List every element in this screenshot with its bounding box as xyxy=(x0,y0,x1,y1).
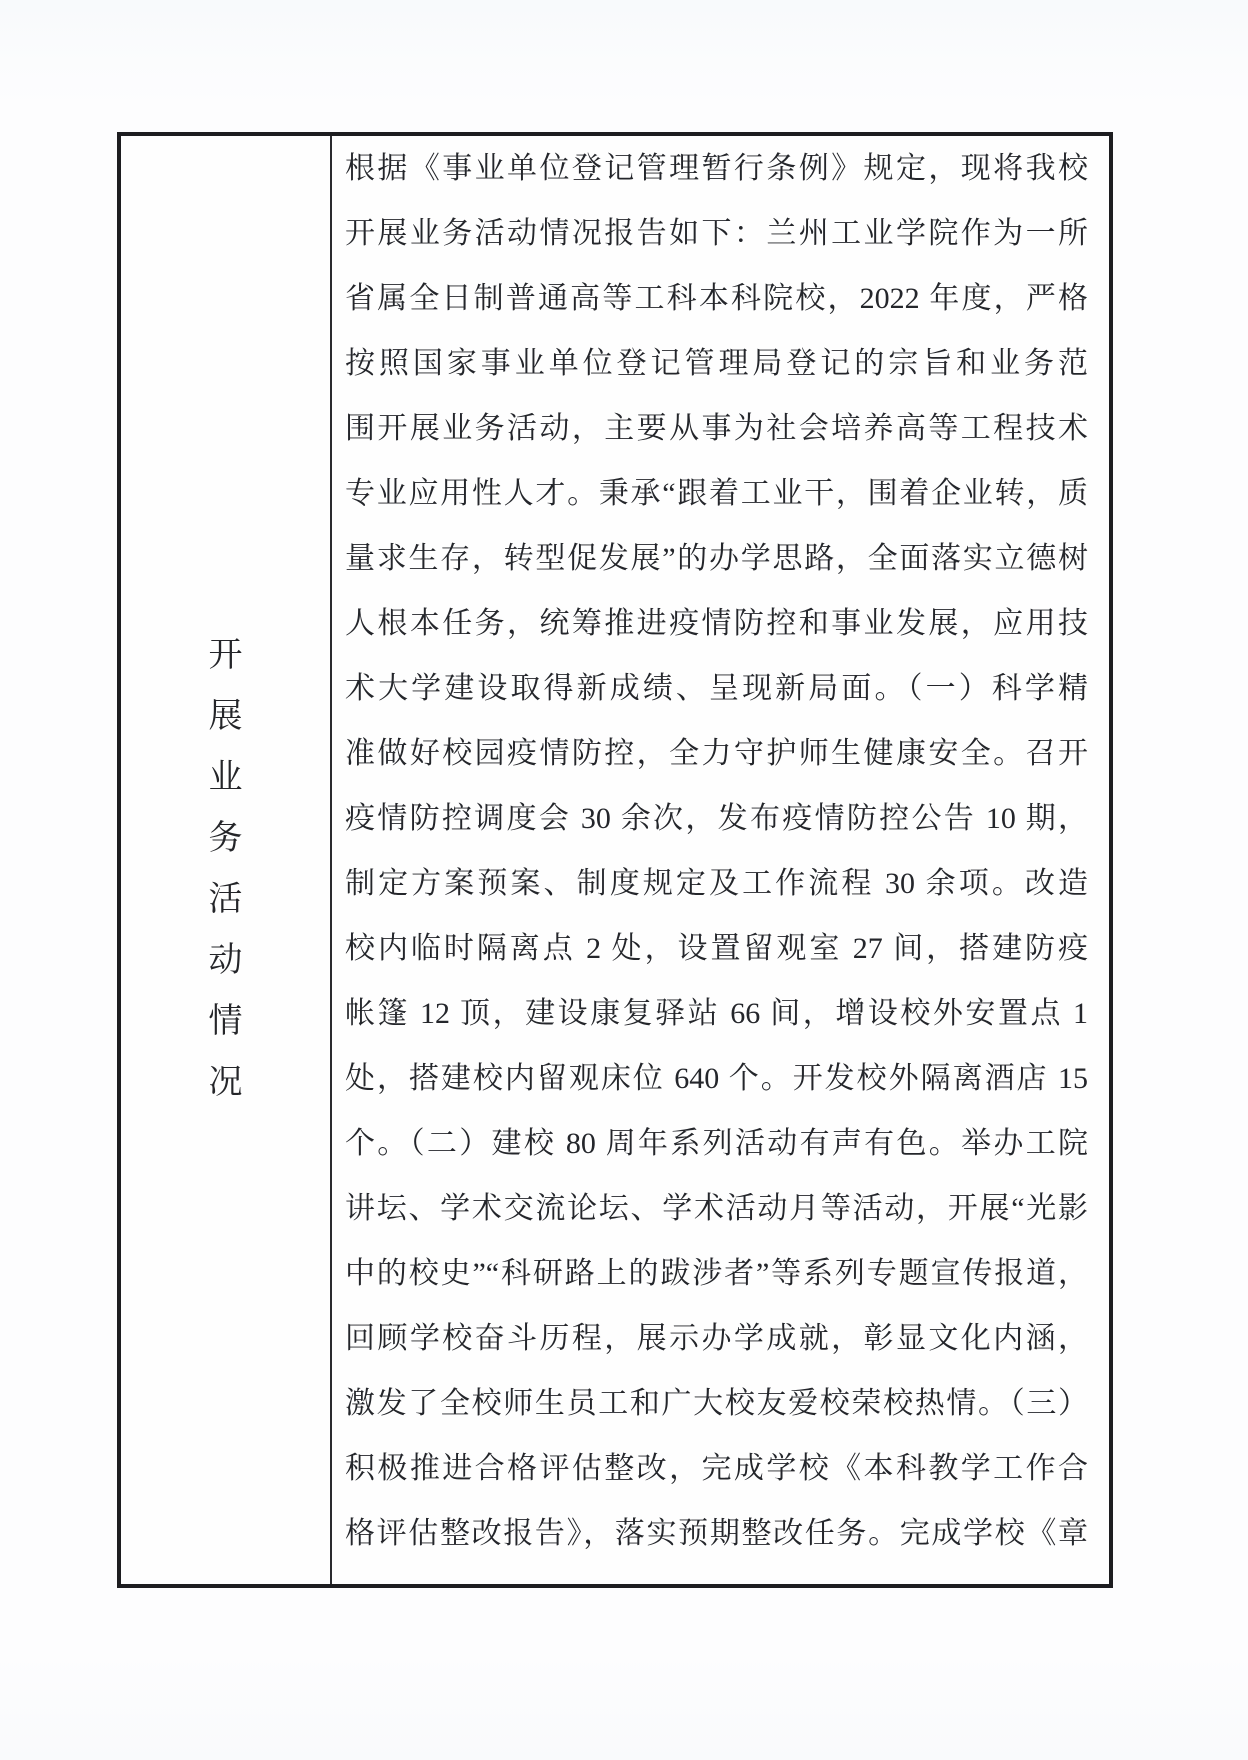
content-line: 准做好校园疫情防控，全力守护师生健康安全。召开 xyxy=(345,721,1088,786)
content-line: 省属全日制普通高等工科本科院校，2022 年度，严格 xyxy=(345,266,1088,331)
content-line: 激发了全校师生员工和广大校友爱校荣校热情。（三） xyxy=(345,1371,1088,1436)
row-label-char: 活 xyxy=(209,869,243,930)
content-line: 回顾学校奋斗历程，展示办学成就，彰显文化内涵， xyxy=(345,1306,1088,1371)
content-line: 帐篷 12 顶，建设康复驿站 66 间，增设校外安置点 1 xyxy=(345,981,1088,1046)
content-line: 量求生存，转型促发展”的办学思路，全面落实立德树 xyxy=(345,526,1088,591)
vertical-label: 开 展 业 务 活 动 情 况 xyxy=(209,625,243,1113)
content-line: 术大学建设取得新成绩、呈现新局面。（一）科学精 xyxy=(345,656,1088,721)
row-label-char: 展 xyxy=(209,686,243,747)
content-line: 积极推进合格评估整改，完成学校《本科教学工作合 xyxy=(345,1436,1088,1501)
content-line: 人根本任务，统筹推进疫情防控和事业发展，应用技 xyxy=(345,591,1088,656)
row-label-char: 开 xyxy=(209,625,243,686)
table-row-label-cell: 开 展 业 务 活 动 情 况 xyxy=(121,136,332,1584)
content-line: 个。（二）建校 80 周年系列活动有声有色。举办工院 xyxy=(345,1111,1088,1176)
content-line: 格评估整改报告》，落实预期整改任务。完成学校《章 xyxy=(345,1501,1088,1566)
content-line: 专业应用性人才。秉承“跟着工业干，围着企业转，质 xyxy=(345,461,1088,526)
table-content-cell: 根据《事业单位登记管理暂行条例》规定，现将我校 开展业务活动情况报告如下：兰州工… xyxy=(332,136,1109,1584)
scanned-document-page: 开 展 业 务 活 动 情 况 根据《事业单位登记管理暂行条例》规定，现将我校 … xyxy=(0,0,1248,1760)
row-label-char: 务 xyxy=(209,808,243,869)
content-line: 讲坛、学术交流论坛、学术活动月等活动，开展“光影 xyxy=(345,1176,1088,1241)
content-line: 疫情防控调度会 30 余次，发布疫情防控公告 10 期， xyxy=(345,786,1088,851)
row-label-char: 况 xyxy=(209,1052,243,1113)
content-line: 按照国家事业单位登记管理局登记的宗旨和业务范 xyxy=(345,331,1088,396)
content-line: 开展业务活动情况报告如下：兰州工业学院作为一所 xyxy=(345,201,1088,266)
row-label-char: 情 xyxy=(209,991,243,1052)
content-line: 校内临时隔离点 2 处，设置留观室 27 间，搭建防疫 xyxy=(345,916,1088,981)
content-line: 制定方案预案、制度规定及工作流程 30 余项。改造 xyxy=(345,851,1088,916)
report-table: 开 展 业 务 活 动 情 况 根据《事业单位登记管理暂行条例》规定，现将我校 … xyxy=(117,132,1113,1588)
content-line: 处，搭建校内留观床位 640 个。开发校外隔离酒店 15 xyxy=(345,1046,1088,1111)
content-line: 中的校史”“科研路上的跋涉者”等系列专题宣传报道， xyxy=(345,1241,1088,1306)
content-line: 围开展业务活动，主要从事为社会培养高等工程技术 xyxy=(345,396,1088,461)
content-line: 根据《事业单位登记管理暂行条例》规定，现将我校 xyxy=(345,136,1088,201)
row-label-char: 业 xyxy=(209,747,243,808)
row-label-char: 动 xyxy=(209,930,243,991)
